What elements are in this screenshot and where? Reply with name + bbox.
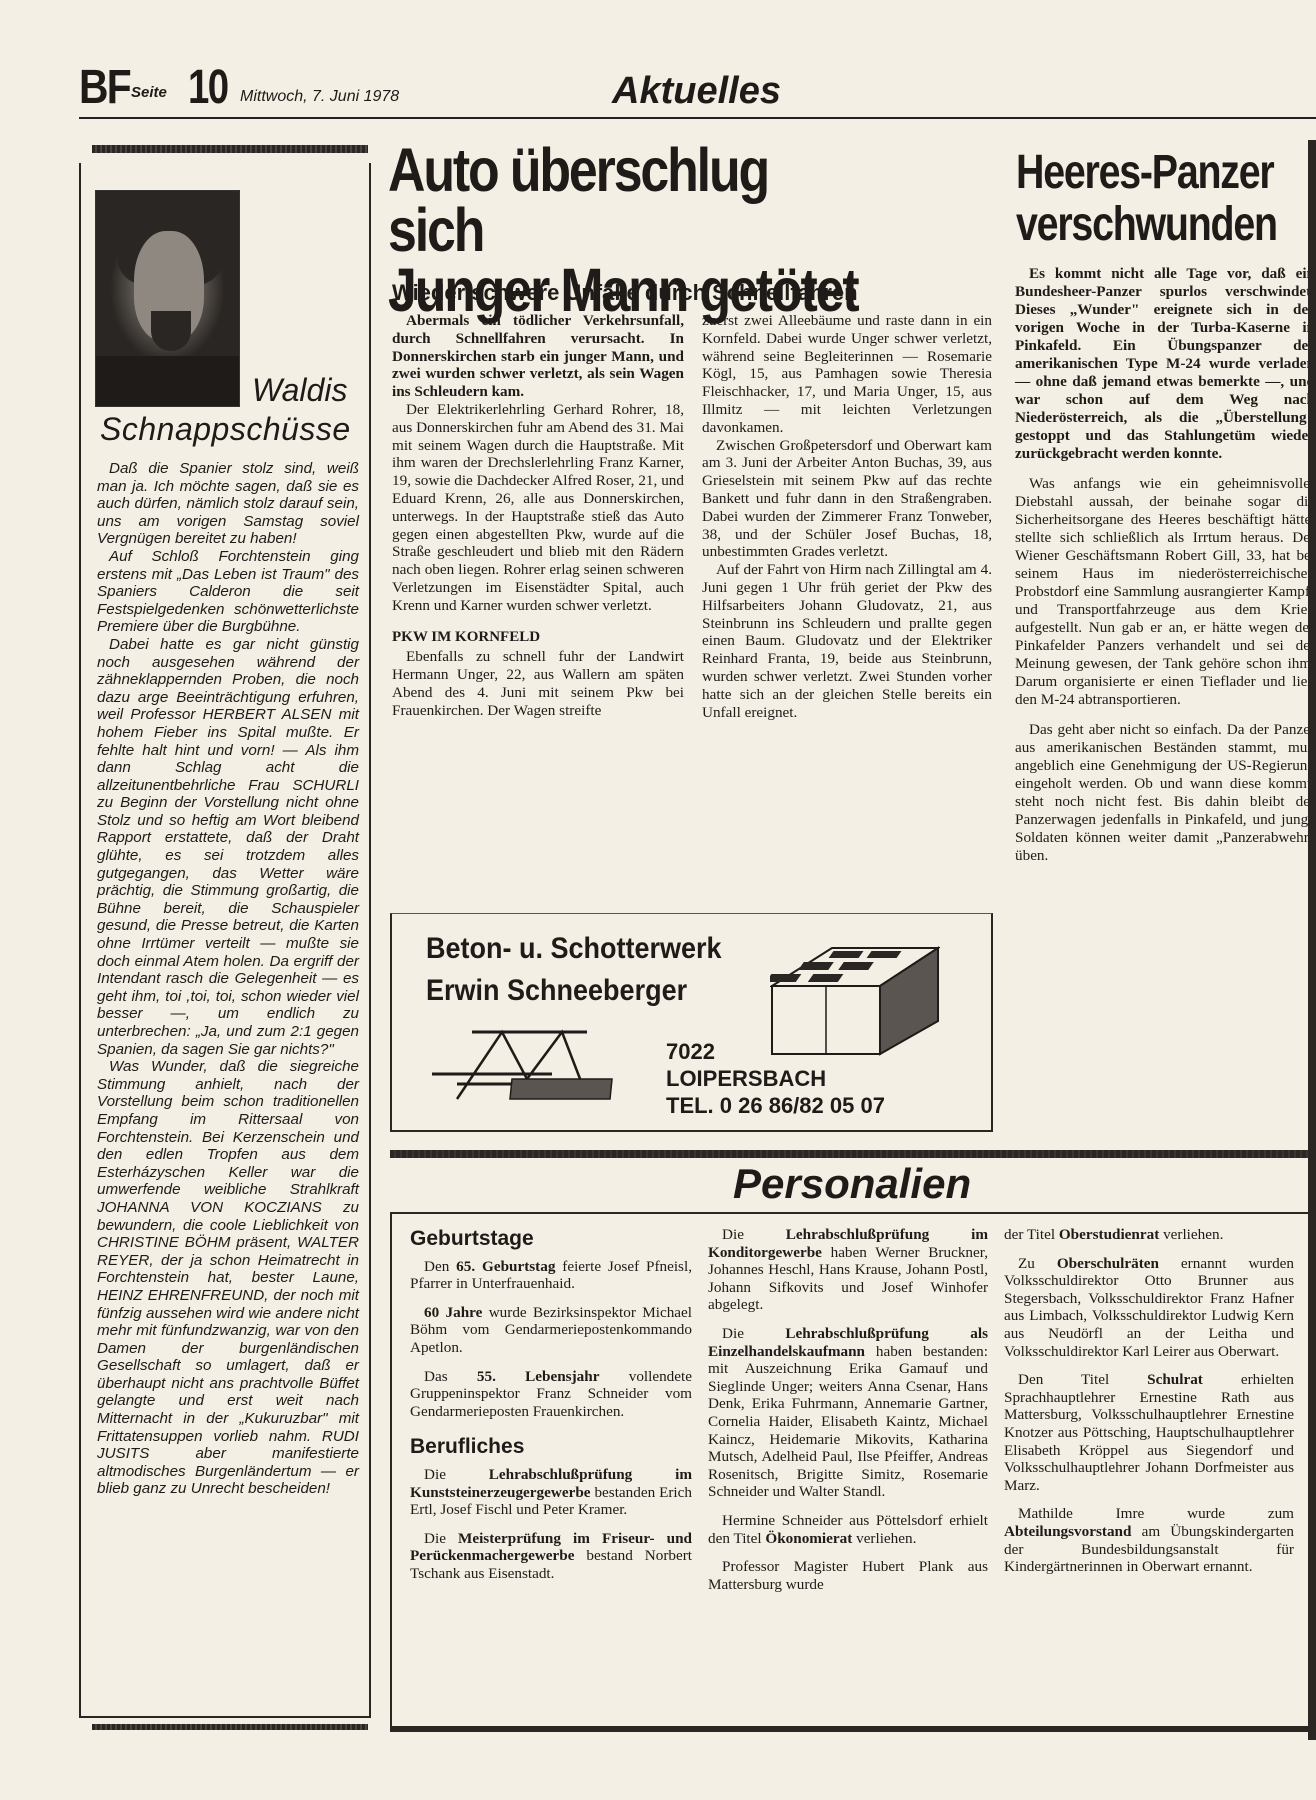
article-paragraph: Das geht aber nicht so einfach. Da der P…: [1015, 721, 1315, 865]
article-paragraph: Ebenfalls zu schnell fuhr der Landwirt H…: [392, 648, 684, 719]
notice: Mathilde Imre wurde zum Abteilungsvorsta…: [1004, 1505, 1294, 1575]
main-headline-line1: Auto überschlug sich: [388, 136, 768, 264]
main-article-column-2: zuerst zwei Alleebäume und raste dann in…: [702, 312, 992, 721]
ad-company-line1: Beton- u. Schotterwerk: [426, 928, 722, 970]
notice: Professor Magister Hubert Plank aus Matt…: [708, 1558, 988, 1593]
issue-date: Mittwoch, 7. Juni 1978: [240, 88, 399, 106]
ad-company-line2: Erwin Schneeberger: [426, 970, 722, 1012]
ad-address: 7022 LOIPERSBACH TEL. 0 26 86/82 05 07: [666, 1038, 885, 1119]
ad-phone: TEL. 0 26 86/82 05 07: [666, 1092, 885, 1119]
panzer-headline-line2: verschwunden: [1016, 199, 1262, 251]
column-paragraph: Auf Schloß Forchtenstein ging erstens mi…: [97, 548, 359, 636]
panzer-headline: Heeres-Panzer verschwunden: [1016, 147, 1262, 251]
notice: Die Lehrabschlußprüfung als Einzelhandel…: [708, 1325, 988, 1501]
article-paragraph: zuerst zwei Alleebäume und raste dann in…: [702, 312, 992, 437]
notice: Die Lehrabschlußprüfung im Kunststeinerz…: [410, 1466, 692, 1519]
page-label: Seite: [131, 84, 167, 101]
newspaper-logo: BF: [79, 64, 130, 112]
notice: Die Lehrabschlußprüfung im Konditorgewer…: [708, 1226, 988, 1314]
masthead-rule: [79, 117, 1316, 119]
article-lead: Es kommt nicht alle Tage vor, daß ein Bu…: [1015, 265, 1315, 463]
ad-town: LOIPERSBACH: [666, 1065, 885, 1092]
personalien-column-2: Die Lehrabschlußprüfung im Konditorgewer…: [708, 1226, 988, 1604]
column-paragraph: Daß die Spanier stolz sind, weiß man ja.…: [97, 460, 359, 548]
panzer-headline-line1: Heeres-Panzer: [1016, 147, 1262, 199]
column-body: Daß die Spanier stolz sind, weiß man ja.…: [97, 460, 359, 1498]
column-top-bar: [92, 145, 368, 153]
main-subheadline: Wieder schwere Unfälle durch Schnellfahr…: [392, 280, 858, 306]
heading-geburtstage: Geburtstage: [410, 1230, 692, 1248]
article-subhead: PKW IM KORNFELD: [392, 629, 684, 647]
article-paragraph: Zwischen Großpetersdorf und Oberwart kam…: [702, 437, 992, 562]
heading-berufliches: Berufliches: [410, 1438, 692, 1456]
notice: der Titel Oberstudienrat verliehen.: [1004, 1226, 1294, 1244]
notice: Zu Oberschulräten ernannt wurden Volkssc…: [1004, 1255, 1294, 1361]
article-paragraph: Was anfangs wie ein geheimnisvoller Dieb…: [1015, 475, 1315, 709]
notice: 60 Jahre wurde Bezirksinspektor Michael …: [410, 1304, 692, 1357]
notice: Den Titel Schulrat erhielten Sprachhaupt…: [1004, 1371, 1294, 1494]
article-paragraph: Der Elektrikerlehrling Gerhard Rohrer, 1…: [392, 401, 684, 615]
section-title: Aktuelles: [612, 70, 781, 113]
column-paragraph: Dabei hatte es gar nicht günstig noch au…: [97, 636, 359, 1058]
personalien-column-3: der Titel Oberstudienrat verliehen. Zu O…: [1004, 1226, 1294, 1587]
column-title-line2: Schnappschüsse: [100, 411, 351, 448]
notice: Das 55. Lebensjahr vollendete Gruppenins…: [410, 1368, 692, 1421]
article-lead: Abermals ein tödlicher Verkehrsunfall, d…: [392, 312, 684, 401]
advertisement-box: Beton- u. Schotterwerk Erwin Schneeberge…: [390, 913, 993, 1132]
truss-icon: [432, 1024, 642, 1109]
column-title-line1: Waldis: [252, 372, 347, 409]
notice: Hermine Schneider aus Pöttelsdorf erhiel…: [708, 1512, 988, 1547]
personalien-top-bar: [390, 1150, 1308, 1158]
column-bottom-bar: [92, 1724, 368, 1730]
columnist-photo: [95, 190, 240, 407]
personalien-column-1: Geburtstage Den 65. Geburtstag feierte J…: [410, 1228, 692, 1594]
notice: Den 65. Geburtstag feierte Josef Pfneisl…: [410, 1258, 692, 1293]
ad-company-name: Beton- u. Schotterwerk Erwin Schneeberge…: [426, 928, 722, 1012]
main-article-column-1: Abermals ein tödlicher Verkehrsunfall, d…: [392, 312, 684, 720]
personalien-bottom-bar: [390, 1726, 1308, 1732]
personalien-title: Personalien: [733, 1160, 971, 1208]
page-edge-bar: [1308, 140, 1316, 1740]
column-paragraph: Was Wunder, daß die siegreiche Stimmung …: [97, 1058, 359, 1498]
article-paragraph: Auf der Fahrt von Hirm nach Zillingtal a…: [702, 561, 992, 721]
notice: Die Meisterprüfung im Friseur- und Perüc…: [410, 1530, 692, 1583]
page-number: 10: [188, 64, 228, 112]
panzer-article-body: Es kommt nicht alle Tage vor, daß ein Bu…: [1015, 265, 1315, 877]
ad-postcode: 7022: [666, 1038, 885, 1065]
